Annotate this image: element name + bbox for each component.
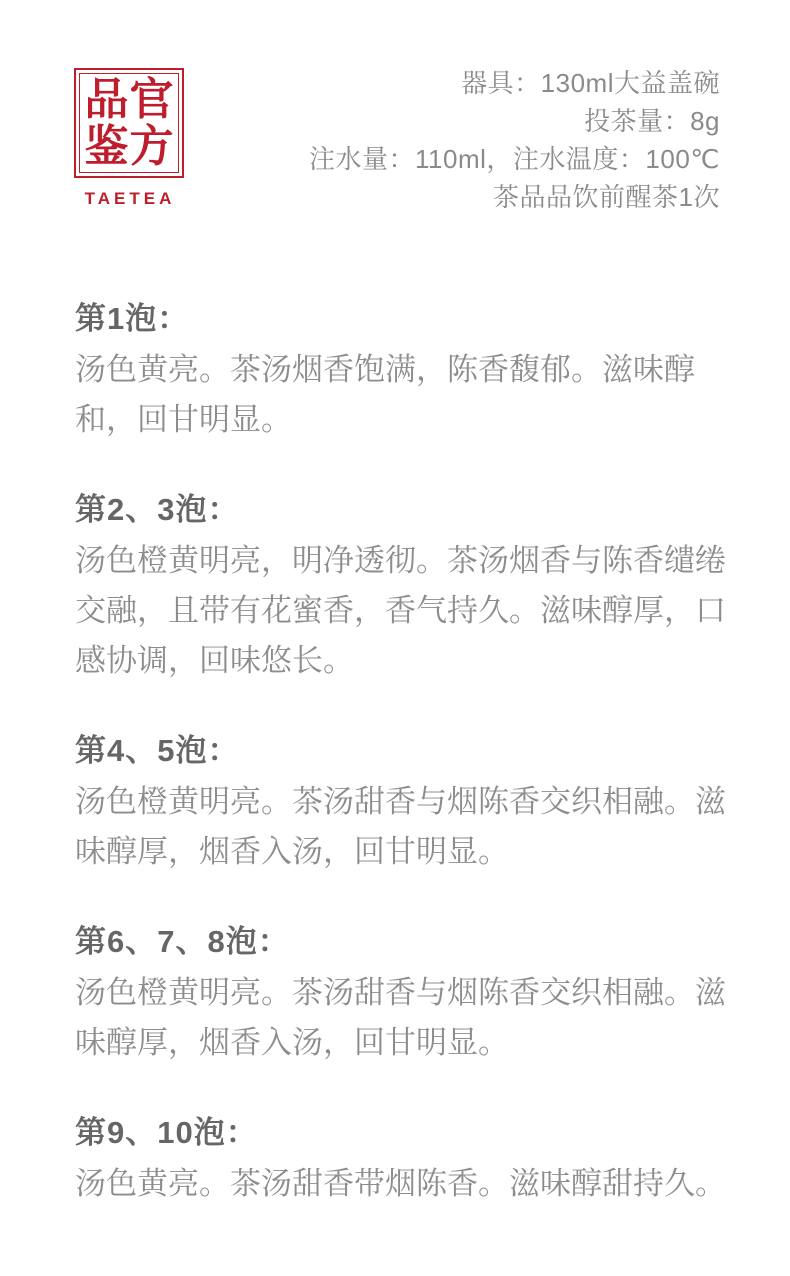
brew-section-9-10: 第9、10泡： 汤色黄亮。茶汤甜香带烟陈香。滋味醇甜持久。: [75, 1114, 730, 1209]
brand-wordmark: TAETEA: [74, 189, 186, 209]
brew-param-tea-amount: 投茶量：8g: [309, 102, 720, 140]
brew-section-heading: 第6、7、8泡：: [75, 923, 730, 961]
brew-param-vessel: 器具：130ml大益盖碗: [309, 64, 720, 102]
brand-seal-icon: 品 官 鉴 方: [74, 68, 184, 178]
brew-section-body: 汤色黄亮。茶汤甜香带烟陈香。滋味醇甜持久。: [75, 1159, 730, 1209]
seal-char: 方: [130, 125, 174, 169]
brand-logo: 品 官 鉴 方 TAETEA: [74, 68, 186, 209]
brew-section-1: 第1泡： 汤色黄亮。茶汤烟香饱满，陈香馥郁。滋味醇和，回甘明显。: [75, 300, 730, 445]
brew-section-6-7-8: 第6、7、8泡： 汤色橙黄明亮。茶汤甜香与烟陈香交织相融。滋味醇厚，烟香入汤，回…: [75, 923, 730, 1068]
brew-param-awaken: 茶品品饮前醒茶1次: [309, 178, 720, 216]
brew-section-body: 汤色黄亮。茶汤烟香饱满，陈香馥郁。滋味醇和，回甘明显。: [75, 345, 730, 445]
brew-section-4-5: 第4、5泡： 汤色橙黄明亮。茶汤甜香与烟陈香交织相融。滋味醇厚，烟香入汤，回甘明…: [75, 732, 730, 877]
brand-seal-grid: 品 官 鉴 方: [79, 73, 179, 173]
brew-section-heading: 第1泡：: [75, 300, 730, 338]
tasting-notes: 第1泡： 汤色黄亮。茶汤烟香饱满，陈香馥郁。滋味醇和，回甘明显。 第2、3泡： …: [0, 300, 730, 1209]
brew-section-heading: 第9、10泡：: [75, 1114, 730, 1152]
brew-section-body: 汤色橙黄明亮，明净透彻。茶汤烟香与陈香缱绻交融，且带有花蜜香，香气持久。滋味醇厚…: [75, 536, 730, 686]
brew-section-heading: 第2、3泡：: [75, 491, 730, 529]
seal-char: 品: [85, 78, 129, 122]
brew-section-2-3: 第2、3泡： 汤色橙黄明亮，明净透彻。茶汤烟香与陈香缱绻交融，且带有花蜜香，香气…: [75, 491, 730, 686]
page-header: 品 官 鉴 方 TAETEA 器具：130ml大益盖碗 投茶量：8g 注水量：1…: [0, 0, 790, 216]
brew-section-body: 汤色橙黄明亮。茶汤甜香与烟陈香交织相融。滋味醇厚，烟香入汤，回甘明显。: [75, 968, 730, 1068]
brew-section-body: 汤色橙黄明亮。茶汤甜香与烟陈香交织相融。滋味醇厚，烟香入汤，回甘明显。: [75, 777, 730, 877]
brew-param-water: 注水量：110ml，注水温度：100℃: [309, 140, 720, 178]
page-root: 品 官 鉴 方 TAETEA 器具：130ml大益盖碗 投茶量：8g 注水量：1…: [0, 0, 790, 1276]
brew-section-heading: 第4、5泡：: [75, 732, 730, 770]
brew-parameters: 器具：130ml大益盖碗 投茶量：8g 注水量：110ml，注水温度：100℃ …: [309, 64, 720, 216]
seal-char: 鉴: [85, 125, 129, 169]
seal-char: 官: [130, 78, 174, 122]
